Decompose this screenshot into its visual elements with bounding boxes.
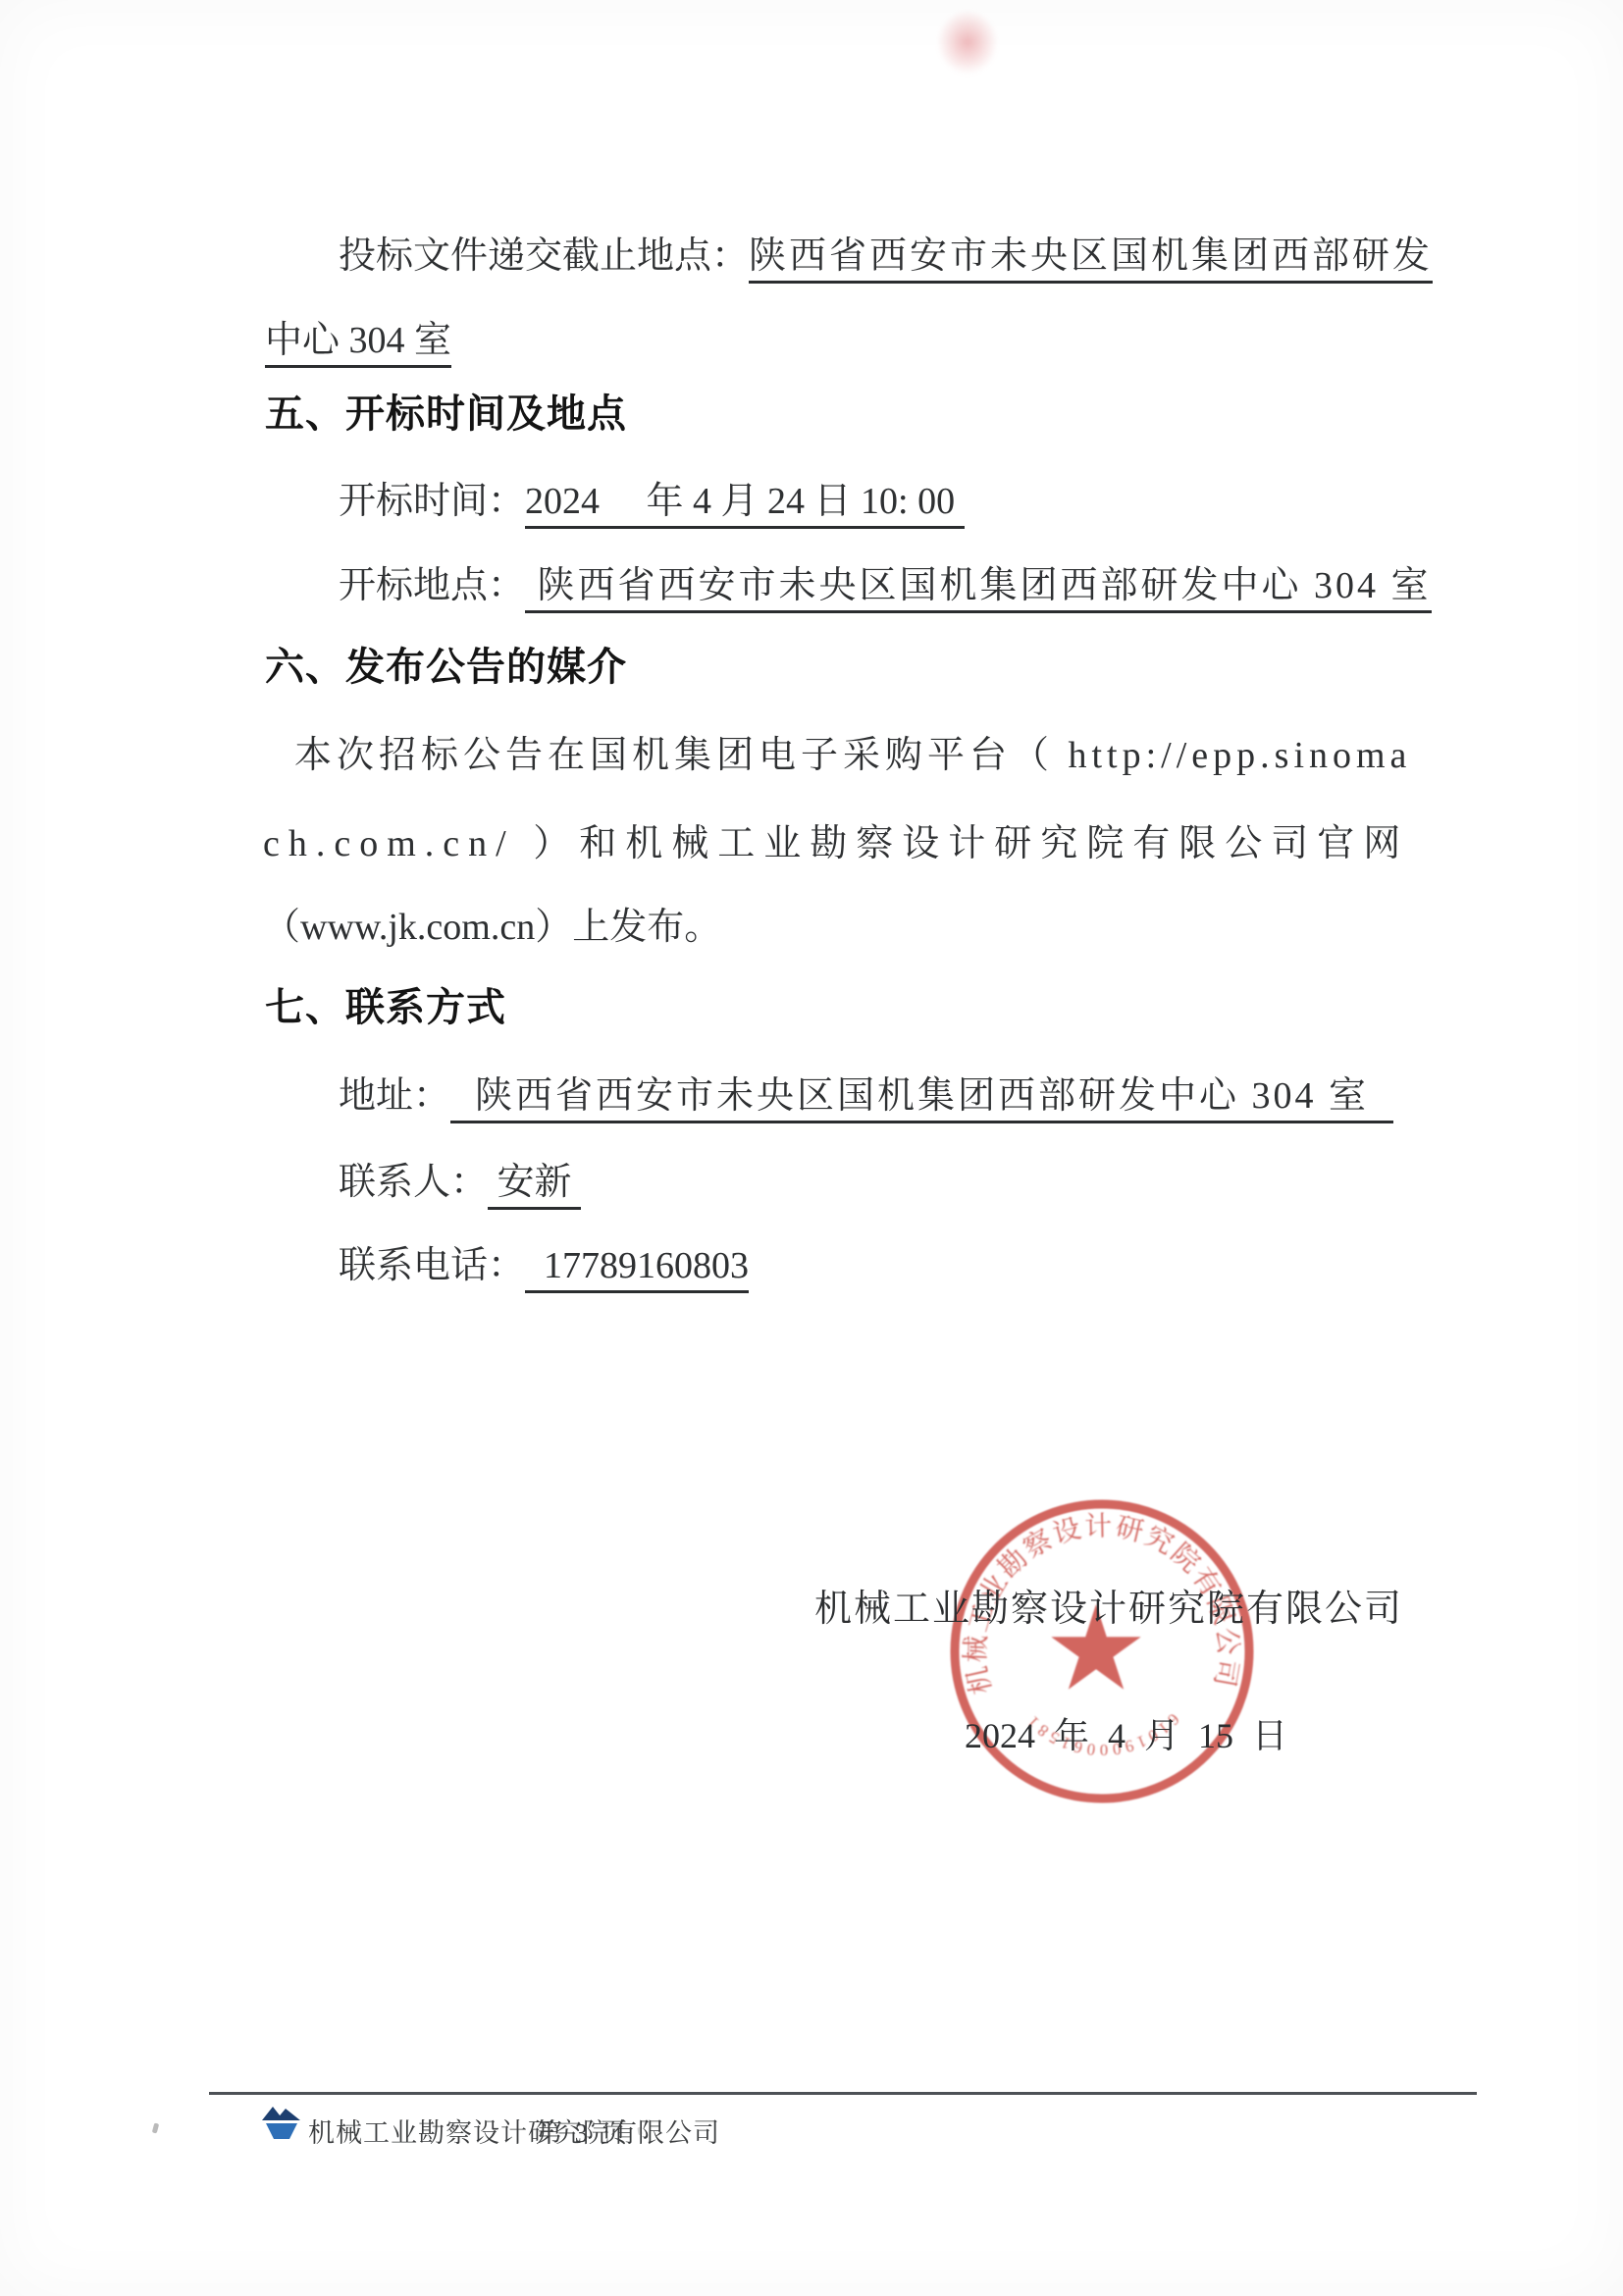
company-logo-icon [261, 2106, 302, 2141]
footer-divider [209, 2092, 1477, 2095]
deadline-location-line: 投标文件递交截止地点：陕西省西安市未央区国机集团西部研发 [339, 233, 1433, 280]
signature-date: 2024 年 4 月 15 日 [965, 1708, 1287, 1758]
address-line: 地址： 陕西省西安市未央区国机集团西部研发中心 304 室 [339, 1072, 1393, 1120]
contact-phone-label: 联系电话： [339, 1245, 525, 1286]
open-place-line: 开标地点： 陕西省西安市未央区国机集团西部研发中心 304 室 [339, 562, 1432, 609]
deadline-location-label: 投标文件递交截止地点： [339, 235, 749, 277]
deadline-location-line-2: 中心 304 室 [265, 317, 451, 364]
deadline-location-value-2: 中心 304 室 [265, 320, 451, 368]
contact-phone-line: 联系电话： 17789160803 [339, 1242, 749, 1289]
footer-company-name: 机械工业勘察设计研究院有限公司 [308, 2112, 720, 2150]
media-line-2: ch.com.cn/ ）和机械工业勘察设计研究院有限公司官网 [263, 820, 1409, 867]
deadline-location-value: 陕西省西安市未央区国机集团西部研发 [749, 235, 1433, 284]
footer-page-number: 第 3 页 [536, 2112, 627, 2150]
company-seal-stamp: 机械工业勘察设计研究院有限公司 6101900061581 [938, 1487, 1266, 1815]
contact-phone-value: 17789160803 [525, 1245, 749, 1293]
open-place-value: 陕西省西安市未央区国机集团西部研发中心 304 室 [525, 565, 1432, 613]
scan-speck [152, 2123, 159, 2134]
ink-smudge [937, 10, 998, 75]
contact-person-value: 安新 [488, 1162, 581, 1210]
open-time-line: 开标时间：2024 年 4 月 24 日 10: 00 [339, 478, 965, 525]
contact-person-label: 联系人： [339, 1162, 488, 1203]
media-line-3: （www.jk.com.cn）上发布。 [263, 904, 721, 951]
open-place-label: 开标地点： [339, 565, 525, 606]
open-time-value: 2024 年 4 月 24 日 10: 00 [525, 481, 965, 529]
section-6-heading: 六、发布公告的媒介 [265, 644, 627, 691]
contact-person-line: 联系人： 安新 [339, 1159, 581, 1206]
open-time-label: 开标时间： [339, 481, 525, 522]
address-value: 陕西省西安市未央区国机集团西部研发中心 304 室 [450, 1075, 1393, 1123]
signature-company: 机械工业勘察设计研究院有限公司 [814, 1578, 1403, 1632]
section-5-heading: 五、开标时间及地点 [265, 391, 627, 438]
section-7-heading: 七、联系方式 [265, 984, 506, 1031]
document-page: 投标文件递交截止地点：陕西省西安市未央区国机集团西部研发 中心 304 室 五、… [0, 0, 1623, 2296]
media-line-1: 本次招标公告在国机集团电子采购平台（ http://epp.sinoma [294, 732, 1411, 779]
address-label: 地址： [339, 1075, 450, 1117]
